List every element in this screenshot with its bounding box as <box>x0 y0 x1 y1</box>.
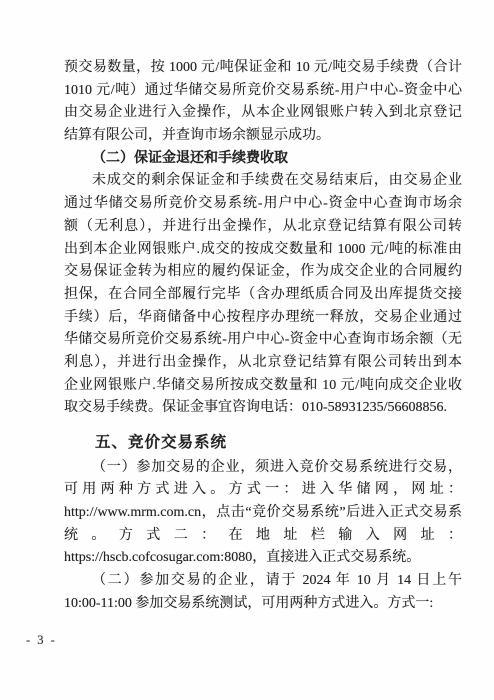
text-line: 手续）后，华商储备中心按程序办理统一释放，交易企业通过 <box>64 307 462 330</box>
text-line: 企业网银账户.华储交易所按成交数量和 10 元/吨向成交企业收 <box>64 375 462 398</box>
text-line: 统。方式二：在地址栏输入网址： <box>64 525 462 548</box>
text-line: 交易保证金转为相应的履约保证金，作为成交企业的合同履约 <box>64 261 462 284</box>
text-line: 额（无利息），并进行出金操作，从北京登记结算有限公司转 <box>64 216 462 239</box>
text-line: https://hscb.cofcosugar.com:8080，直接进入正式交… <box>64 547 462 570</box>
text-line: 利息），并进行出金操作，从北京登记结算有限公司转出到本 <box>64 352 462 375</box>
text-line: 担保，在合同全部履行完毕（含办理纸质合同及出库提货交接 <box>64 284 462 307</box>
text-line: 通过华储交易所竞价交易系统-用户中心-资金中心查询市场余 <box>64 193 462 216</box>
text-line: 未成交的剩余保证金和手续费在交易结束后，由交易企业 <box>64 170 462 193</box>
text-line: （一）参加交易的企业，须进入竞价交易系统进行交易， <box>64 457 462 480</box>
text-line: 1010 元/吨）通过华储交易所竞价交易系统-用户中心-资金中心 <box>64 80 462 103</box>
text-line: 由交易企业进行入金操作，从本企业网银账户转入到北京登记 <box>64 102 462 125</box>
text-line: 预交易数量，按 1000 元/吨保证金和 10 元/吨交易手续费（合计 <box>64 57 462 80</box>
sub-section-heading: （二）保证金退还和手续费收取 <box>64 148 462 171</box>
document-text: 预交易数量，按 1000 元/吨保证金和 10 元/吨交易手续费（合计1010 … <box>64 57 462 616</box>
text-line: 结算有限公司，并查询市场余额显示成功。 <box>64 125 462 148</box>
text-line: 出到本企业网银账户.成交的按成交数量和 1000 元/吨的标准由 <box>64 239 462 262</box>
text-line: 10:00-11:00 参加交易系统测试，可用两种方式进入。方式一: <box>64 593 462 616</box>
text-line: 可用两种方式进入。方式一：进入华储网，网址： <box>64 479 462 502</box>
text-line: （二）参加交易的企业，请于 2024 年 10 月 14 日上午 <box>64 570 462 593</box>
document-page: 预交易数量，按 1000 元/吨保证金和 10 元/吨交易手续费（合计1010 … <box>0 0 494 700</box>
section-heading: 五、竞价交易系统 <box>64 432 462 455</box>
text-line: 华储交易所竞价交易系统-用户中心-资金中心查询市场余额（无 <box>64 329 462 352</box>
text-line: 取交易手续费。保证金事宜咨询电话：010-58931235/56608856. <box>64 397 462 420</box>
page-number: - 3 - <box>26 633 57 648</box>
text-line: http://www.mrm.com.cn，点击“竞价交易系统”后进入正式交易系 <box>64 502 462 525</box>
